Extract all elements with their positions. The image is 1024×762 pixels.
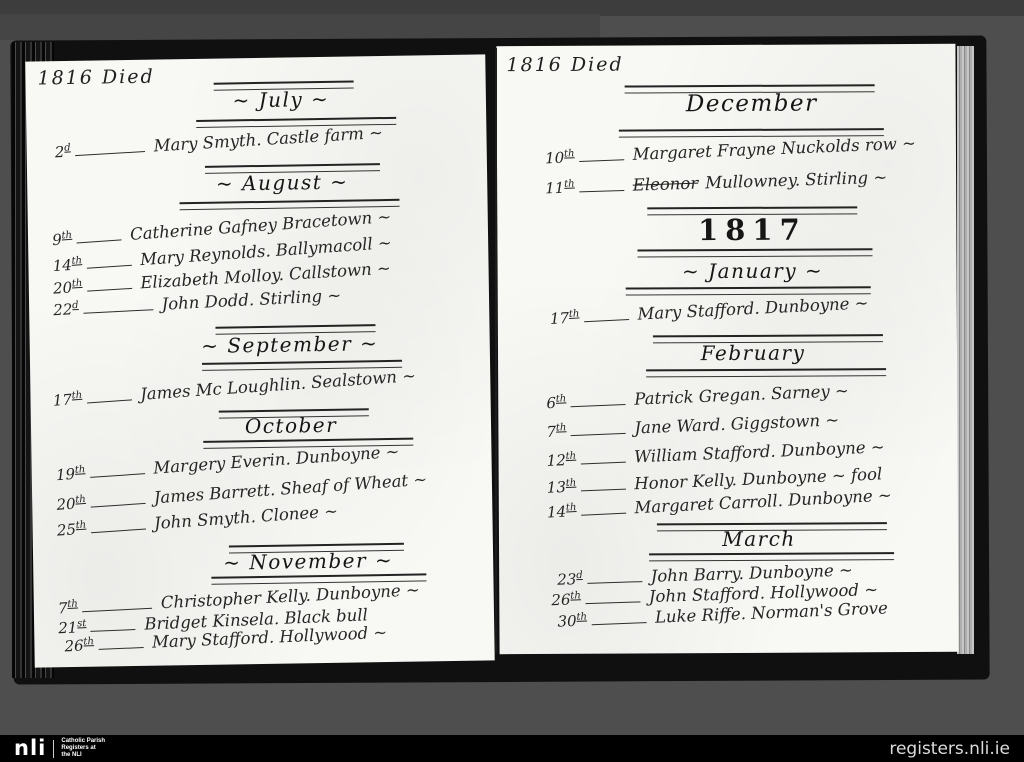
nli-caption: Catholic ParishRegisters atthe NLI: [61, 738, 105, 759]
entry-text: Patrick Gregan. Sarney ~: [634, 381, 849, 409]
month-title-november: ~ November ~: [183, 547, 433, 575]
nli-caption-line: Catholic Parish: [61, 738, 105, 744]
entry-rule-line: [86, 256, 132, 269]
entry-day: 14th: [52, 255, 83, 275]
month-title-january: ~ January ~: [608, 258, 898, 284]
entry-day: 20th: [56, 494, 87, 514]
page-year-header: 1816 Died: [37, 66, 154, 90]
register-entry: 10thMargaret Frayne Nuckolds row ~: [545, 134, 917, 168]
entry-text: James Mc Loughlin. Sealstown ~: [140, 366, 417, 404]
entry-text: Mary Stafford. Dunboyne ~: [637, 293, 869, 323]
entry-day: 7th: [546, 422, 567, 441]
page-year-header: 1816 Died: [506, 54, 623, 77]
entry-rule-line: [580, 453, 625, 465]
entry-rule-line: [583, 310, 628, 322]
entry-rule-line: [82, 300, 152, 314]
entry-day: 12th: [546, 451, 576, 470]
entry-text: John Smyth. Clonee ~: [154, 501, 339, 532]
entry-day: 17th: [550, 308, 580, 327]
entry-rule-line: [90, 520, 146, 534]
nli-brand-block: nli Catholic ParishRegisters atthe NLI: [14, 738, 105, 759]
entry-text: William Stafford. Dunboyne ~: [634, 437, 885, 466]
nli-caption-line: Registers at: [61, 745, 95, 751]
entry-day: 2d: [54, 142, 71, 161]
entry-text: James Barrett. Sheaf of Wheat ~: [153, 470, 428, 508]
entry-rule-line: [98, 638, 143, 650]
entry-rule-line: [86, 279, 132, 292]
entry-text: Mullowney. Stirling ~: [705, 168, 888, 193]
month-title-october: October: [171, 412, 411, 440]
entry-day: 10th: [545, 148, 575, 167]
entry-text-struck: Eleonor: [632, 174, 698, 195]
year-title: 1817: [617, 212, 887, 247]
entry-rule-line: [74, 142, 144, 156]
entry-rule-line: [90, 620, 135, 632]
month-rule: [646, 368, 886, 377]
month-title-february: February: [628, 340, 878, 365]
entry-rule-line: [580, 504, 625, 516]
entry-day: 11th: [545, 179, 575, 198]
register-entry: 11thEleonorMullowney. Stirling ~: [545, 168, 888, 198]
entry-text: Jane Ward. Giggstown ~: [634, 410, 839, 437]
entry-day: 30th: [557, 611, 587, 630]
entry-day: 26th: [64, 636, 94, 655]
entry-rule-line: [86, 390, 132, 403]
register-entry: 7thJane Ward. Giggstown ~: [546, 410, 839, 441]
entry-day: 19th: [55, 464, 86, 484]
entry-day: 9th: [52, 230, 73, 249]
book-fore-edge: [957, 46, 974, 654]
logo-divider: [53, 740, 54, 758]
entry-rule-line: [585, 592, 640, 604]
background-smudge: [0, 14, 600, 40]
entry-rule-line: [90, 494, 146, 508]
register-entry: 2dMary Smyth. Castle farm ~: [54, 123, 383, 161]
month-title-july: ~ July ~: [166, 86, 396, 114]
entry-day: 26th: [551, 590, 581, 609]
entry-day: 21st: [58, 618, 87, 637]
entry-day: 14th: [547, 502, 577, 521]
month-title-december: December: [617, 90, 887, 117]
register-entry: 12thWilliam Stafford. Dunboyne ~: [546, 437, 885, 470]
site-watermark: registers.nli.ie: [889, 739, 1010, 759]
entry-day: 22d: [53, 300, 79, 319]
entry-rule-line: [591, 613, 646, 625]
entry-text: Margaret Frayne Nuckolds row ~: [632, 134, 916, 164]
entry-text: Mary Smyth. Castle farm ~: [153, 123, 383, 156]
register-page-right: 1816 Died December 10thMargaret Frayne N…: [496, 44, 958, 654]
month-title-september: ~ September ~: [165, 331, 415, 359]
register-page-left: 1816 Died ~ July ~ 2dMary Smyth. Castle …: [25, 54, 494, 667]
year-rule: [637, 248, 872, 257]
month-rule: [649, 552, 894, 561]
entry-rule-line: [587, 572, 642, 584]
entry-day: 7th: [58, 599, 79, 618]
entry-day: 17th: [52, 390, 83, 410]
entry-rule-line: [570, 424, 625, 436]
entry-rule-line: [82, 599, 152, 613]
register-entry: 17thJames Mc Loughlin. Sealstown ~: [52, 366, 416, 410]
nli-logo: nli: [14, 738, 46, 759]
entry-day: 13th: [546, 478, 576, 497]
branding-bar: nli Catholic ParishRegisters atthe NLI r…: [0, 735, 1024, 762]
entry-rule-line: [89, 464, 145, 478]
month-title-august: ~ August ~: [157, 169, 407, 197]
entry-text: John Dodd. Stirling ~: [161, 286, 341, 314]
entry-rule-line: [76, 230, 122, 243]
entry-day: 23d: [557, 570, 583, 589]
entry-rule-line: [580, 480, 625, 492]
entry-day: 20th: [52, 278, 83, 298]
nli-caption-line: the NLI: [61, 752, 81, 758]
entry-rule-line: [578, 150, 623, 162]
register-entry: 17thMary Stafford. Dunboyne ~: [550, 293, 869, 328]
entry-rule-line: [570, 395, 625, 407]
entry-day: 6th: [546, 393, 567, 412]
entry-rule-line: [579, 181, 624, 192]
entry-day: 25th: [56, 520, 87, 540]
page-gutter-line: [495, 48, 497, 654]
register-entry: 6thPatrick Gregan. Sarney ~: [546, 381, 849, 412]
month-title-march: March: [634, 526, 884, 551]
